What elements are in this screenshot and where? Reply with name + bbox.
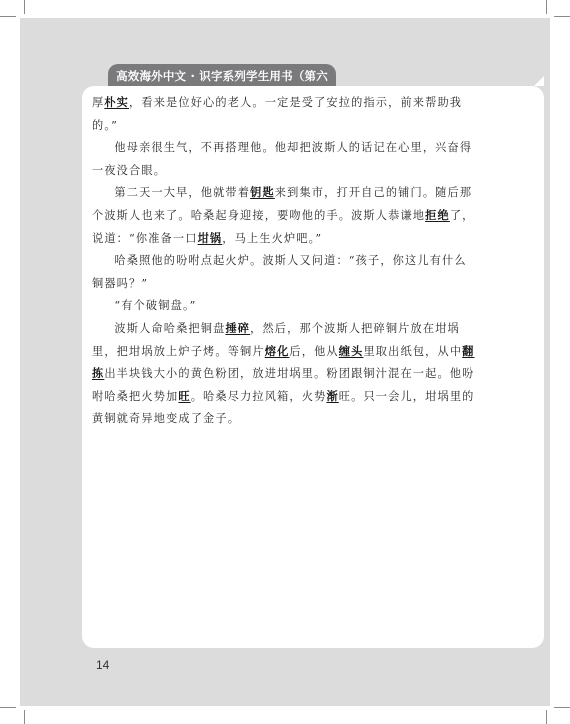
text-run: 后，他从 xyxy=(289,345,338,358)
text-run: 第二天一大早，他就带着 xyxy=(114,186,250,199)
text-run: 哈桑照他的吩咐点起火炉。波斯人又问道：“孩子，你这儿有什么铜器吗？” xyxy=(92,254,467,290)
crop-mark-bottom-right-v xyxy=(546,710,547,724)
vocabulary-word: 拒绝 xyxy=(425,209,450,222)
paragraph: 波斯人命哈桑把铜盘捶碎，然后，那个波斯人把碎铜片放在坩埚里，把坩埚放上炉子烤。等… xyxy=(92,318,478,431)
crop-mark-bottom-left-v xyxy=(24,710,25,724)
vocabulary-word: 捶碎 xyxy=(225,322,250,335)
paragraph: 第二天一大早，他就带着钥匙来到集市，打开自己的铺门。随后那个波斯人也来了。哈桑起… xyxy=(92,182,478,250)
crop-mark-top-left-v xyxy=(24,0,25,14)
paragraph: “有个破铜盘。” xyxy=(92,295,478,318)
text-run: 里取出纸包，从中 xyxy=(363,345,462,358)
vocabulary-word: 朴实 xyxy=(104,96,129,109)
story-text: 厚朴实，看来是位好心的老人。一定是受了安拉的指示，前来帮助我的。”他母亲很生气，… xyxy=(92,92,478,431)
vocabulary-word: 钥匙 xyxy=(250,186,275,199)
vocabulary-word: 熔化 xyxy=(265,345,290,358)
crop-mark-bottom-left-h xyxy=(0,707,16,708)
crop-mark-bottom-right-h xyxy=(554,707,570,708)
vocabulary-word: 旺 xyxy=(178,390,190,403)
vocabulary-word: 渐 xyxy=(326,390,338,403)
text-run: ，看来是位好心的老人。一定是受了安拉的指示，前来帮助我的。” xyxy=(92,96,462,132)
vocabulary-word: 缠头 xyxy=(339,345,364,358)
text-run: “有个破铜盘。” xyxy=(114,299,196,312)
text-run: 厚 xyxy=(92,96,104,109)
crop-mark-top-left-h xyxy=(0,16,16,17)
text-run: ，马上生火炉吧。” xyxy=(222,232,322,245)
text-run: 。哈桑尽力拉风箱，火势 xyxy=(191,390,327,403)
crop-mark-top-right-v xyxy=(546,0,547,14)
crop-mark-top-right-h xyxy=(554,16,570,17)
vocabulary-word: 坩锅 xyxy=(198,232,223,245)
text-run: 波斯人命哈桑把铜盘 xyxy=(114,322,225,335)
text-run: 他母亲很生气，不再搭理他。他却把波斯人的话记在心里，兴奋得一夜没合眼。 xyxy=(92,141,472,177)
paragraph: 哈桑照他的吩咐点起火炉。波斯人又问道：“孩子，你这儿有什么铜器吗？” xyxy=(92,250,478,295)
paragraph: 厚朴实，看来是位好心的老人。一定是受了安拉的指示，前来帮助我的。” xyxy=(92,92,478,137)
page-number: 14 xyxy=(96,658,109,672)
paragraph: 他母亲很生气，不再搭理他。他却把波斯人的话记在心里，兴奋得一夜没合眼。 xyxy=(92,137,478,182)
